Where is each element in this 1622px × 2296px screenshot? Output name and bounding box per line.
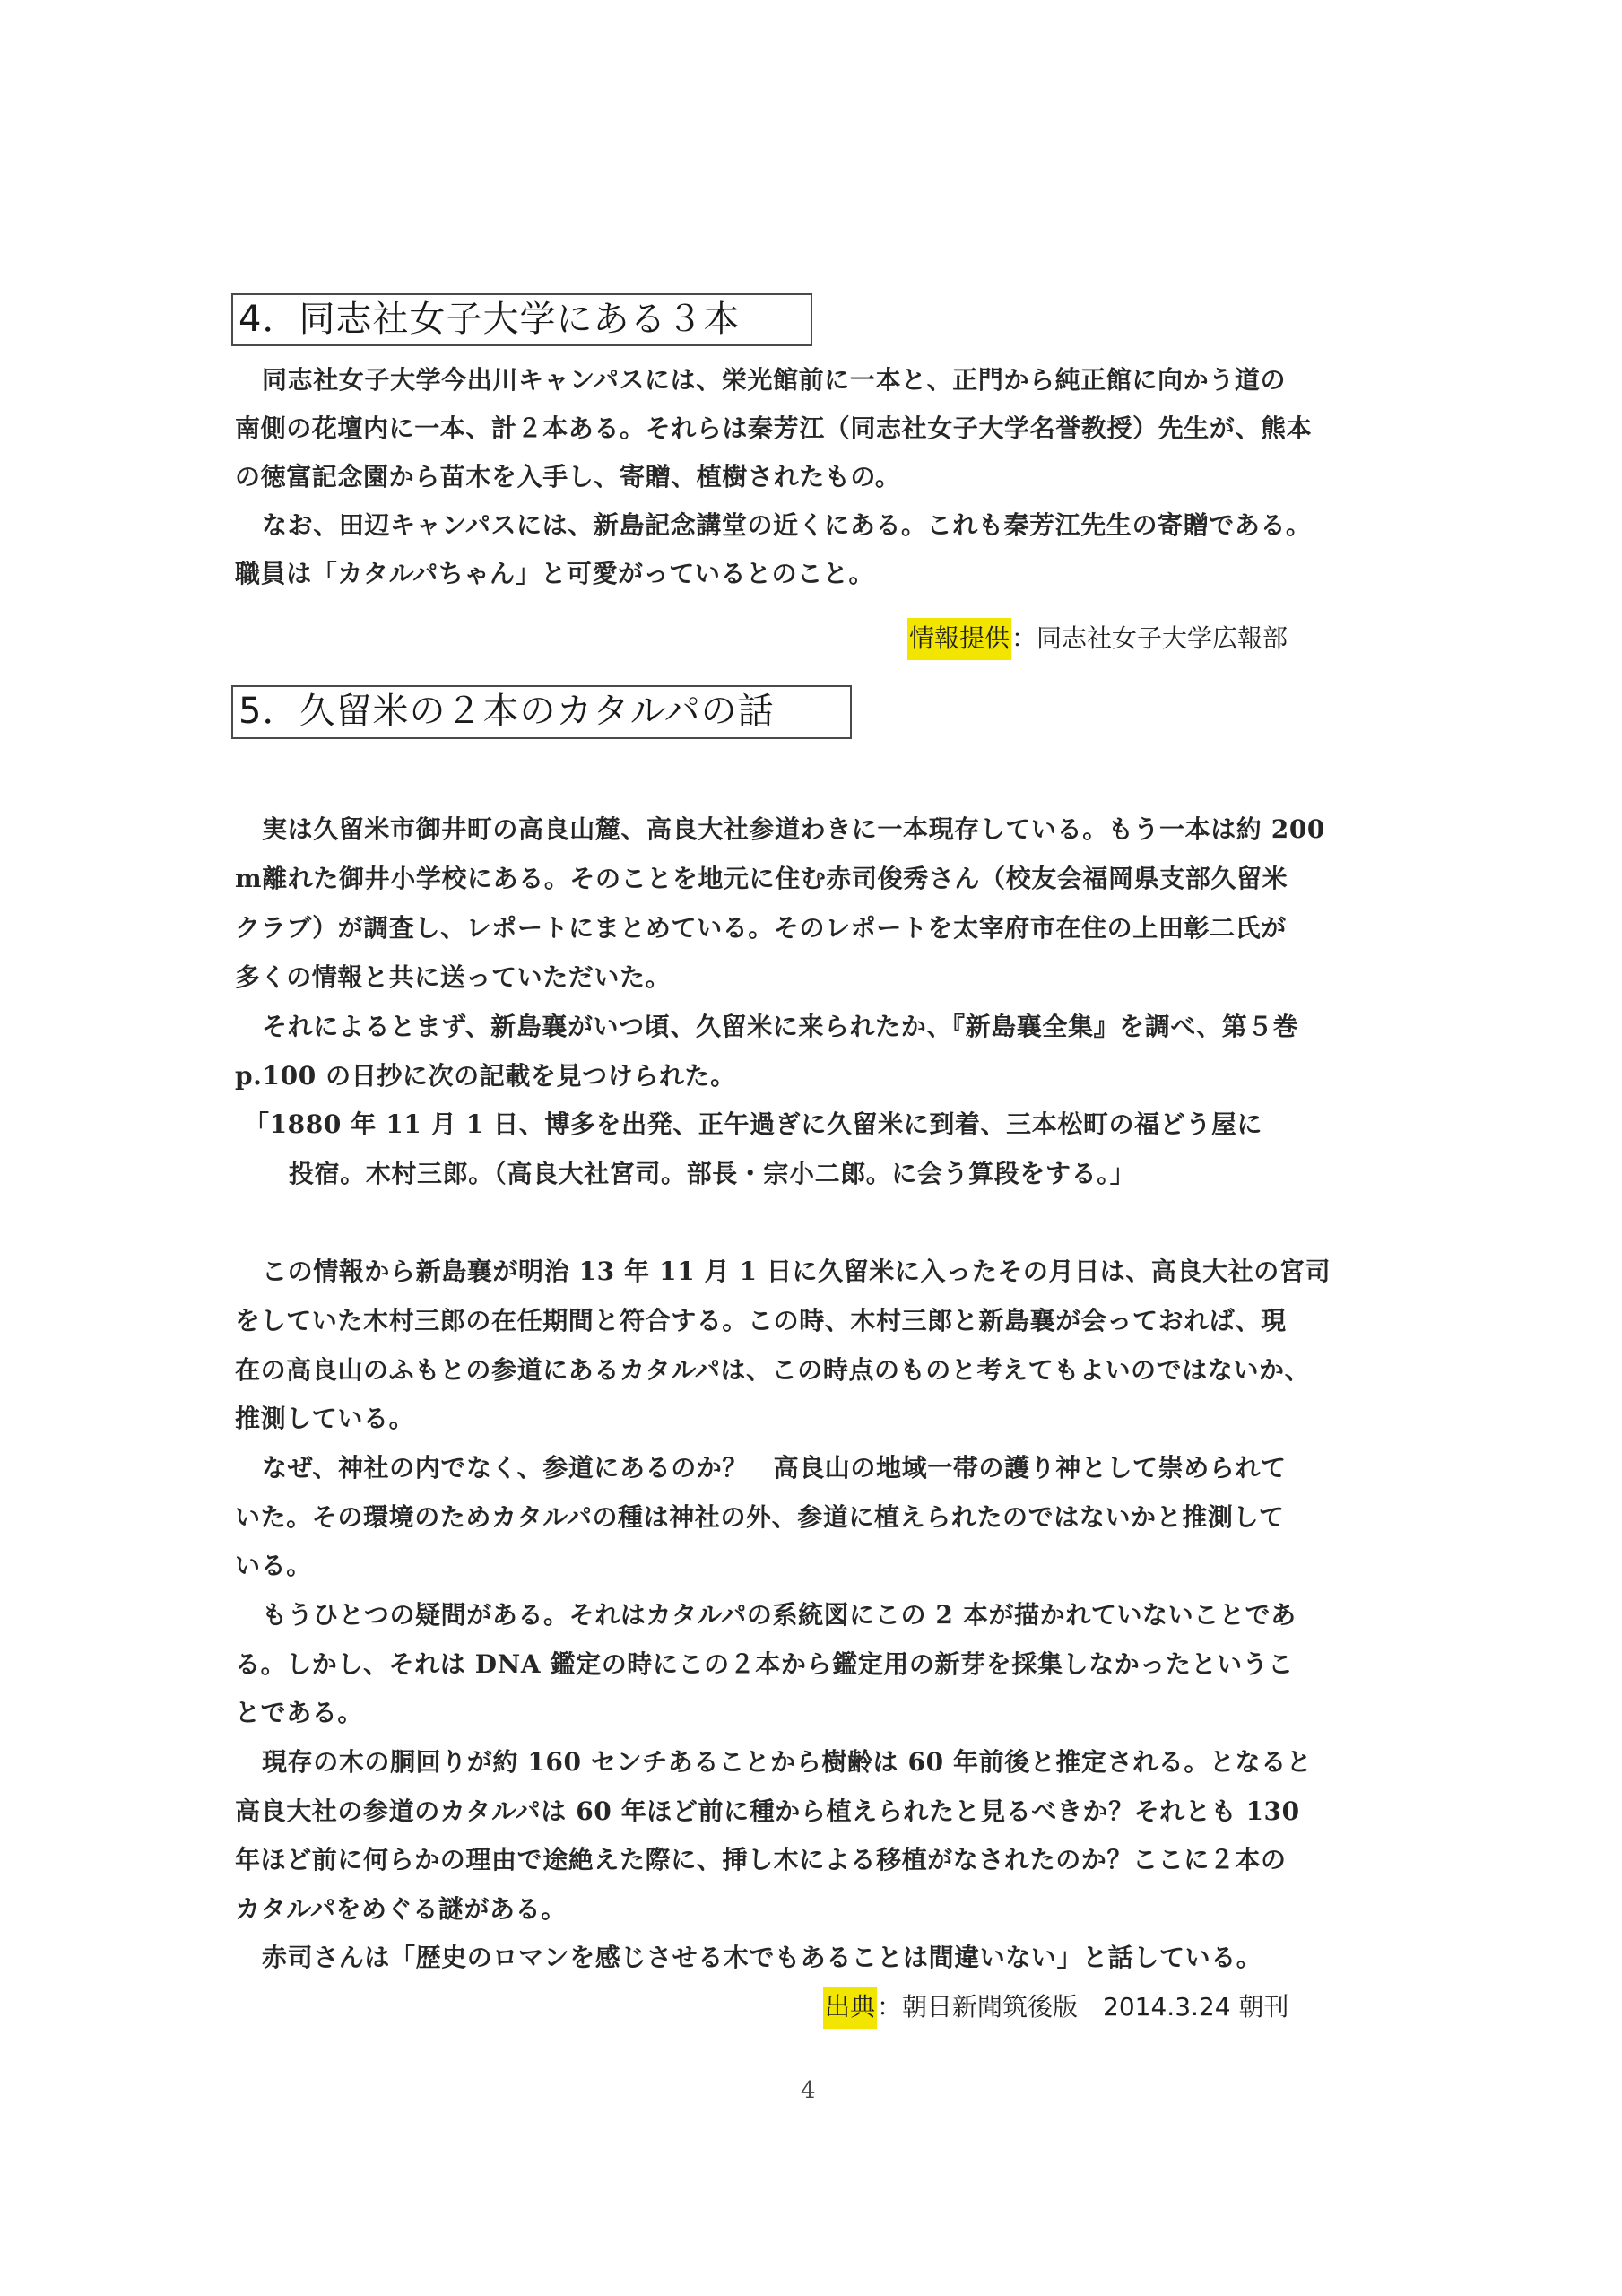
section-4-line: の徳富記念園から苗木を入手し、寄贈、植樹されたもの。	[235, 459, 1401, 495]
section-5-line: 実は久留米市御井町の高良山麓、高良大社参道わきに一本現存している。もう一本は約 …	[262, 812, 1427, 848]
section-4-line: なお、田辺キャンパスには、新島記念講堂の近くにある。これも秦芳江先生の寄贈である…	[262, 508, 1427, 544]
section-5-line: p.100 の日抄に次の記載を見つけられた。	[235, 1058, 1401, 1094]
quote-line: 「1880 年 11 月 1 日、博多を出発、正午過ぎに久留米に到着、三本松町の…	[244, 1107, 1409, 1143]
page-number: 4	[801, 2077, 816, 2104]
section-5-line: 在の高良山のふもとの参道にあるカタルパは、この時点のものと考えてもよいのではない…	[235, 1352, 1401, 1388]
section-4-credit: 情報提供：同志社女子大学広報部	[907, 621, 1288, 657]
section-5-line: とである。	[235, 1695, 1401, 1731]
section-5-line: それによるとまず、新島襄がいつ頃、久留米に来られたか、『新島襄全集』を調べ、第５…	[262, 1009, 1427, 1045]
credit-separator: ：	[1011, 623, 1037, 653]
section-5-line: 多くの情報と共に送っていただいた。	[235, 960, 1401, 996]
section-4-line: 職員は「カタルパちゃん」と可愛がっているとのこと。	[235, 556, 1401, 592]
section-5-heading: 5．久留米の２本のカタルパの話	[231, 685, 852, 739]
section-5-line: いる。	[235, 1548, 1401, 1584]
credit-label-highlight: 情報提供	[907, 618, 1011, 660]
credit-separator: ：	[877, 1992, 902, 2022]
section-5-line: クラブ）が調査し、レポートにまとめている。そのレポートを太宰府市在住の上田彰二氏…	[235, 910, 1401, 946]
document-page: 4．同志社女子大学にある３本 同志社女子大学今出川キャンパスには、栄光館前に一本…	[0, 0, 1622, 2296]
section-5-line: をしていた木村三郎の在任期間と符合する。この時、木村三郎と新島襄が会っておれば、…	[235, 1303, 1401, 1339]
section-5-credit: 出典：朝日新聞筑後版 2014.3.24 朝刊	[823, 1989, 1288, 2025]
credit-value: 朝日新聞筑後版 2014.3.24 朝刊	[902, 1992, 1288, 2022]
section-5-line: る。しかし、それは DNA 鑑定の時にこの２本から鑑定用の新芽を採集しなかったと…	[235, 1647, 1401, 1683]
credit-value: 同志社女子大学広報部	[1037, 623, 1288, 653]
section-5-line: この情報から新島襄が明治 13 年 11 月 1 日に久留米に入ったその月日は、…	[262, 1254, 1427, 1290]
source-label-highlight: 出典	[823, 1987, 877, 2029]
section-5-line: 年ほど前に何らかの理由で途絶えた際に、挿し木による移植がなされたのか？ここに２本…	[235, 1842, 1401, 1878]
section-4-line: 南側の花壇内に一本、計２本ある。それらは秦芳江（同志社女子大学名誉教授）先生が、…	[235, 411, 1401, 447]
section-5-line: 高良大社の参道のカタルパは 60 年ほど前に種から植えられたと見るべきか？それと…	[235, 1794, 1401, 1830]
section-5-line: m離れた御井小学校にある。そのことを地元に住む赤司俊秀さん（校友会福岡県支部久留…	[235, 861, 1401, 897]
section-5-line: もうひとつの疑問がある。それはカタルパの系統図にこの 2 本が描かれていないこと…	[262, 1597, 1427, 1633]
quote-line: 投宿。木村三郎。（高良大社宮司。部長・宗小二郎。に会う算段をする。」	[289, 1156, 1454, 1192]
section-5-line: いた。その環境のためカタルパの種は神社の外、参道に植えられたのではないかと推測し…	[235, 1500, 1401, 1535]
section-4-line: 同志社女子大学今出川キャンパスには、栄光館前に一本と、正門から純正館に向かう道の	[262, 362, 1427, 398]
section-5-line: 現存の木の胴回りが約 160 センチあることから樹齢は 60 年前後と推定される…	[262, 1744, 1427, 1780]
section-4-heading: 4．同志社女子大学にある３本	[231, 293, 812, 346]
section-5-line: カタルパをめぐる謎がある。	[235, 1892, 1401, 1927]
section-5-line: 推測している。	[235, 1401, 1401, 1437]
section-5-line: 赤司さんは「歴史のロマンを感じさせる木でもあることは間違いない」と話している。	[262, 1940, 1427, 1976]
section-5-line: なぜ、神社の内でなく、参道にあるのか？ 高良山の地域一帯の護り神として崇められて	[262, 1450, 1427, 1486]
